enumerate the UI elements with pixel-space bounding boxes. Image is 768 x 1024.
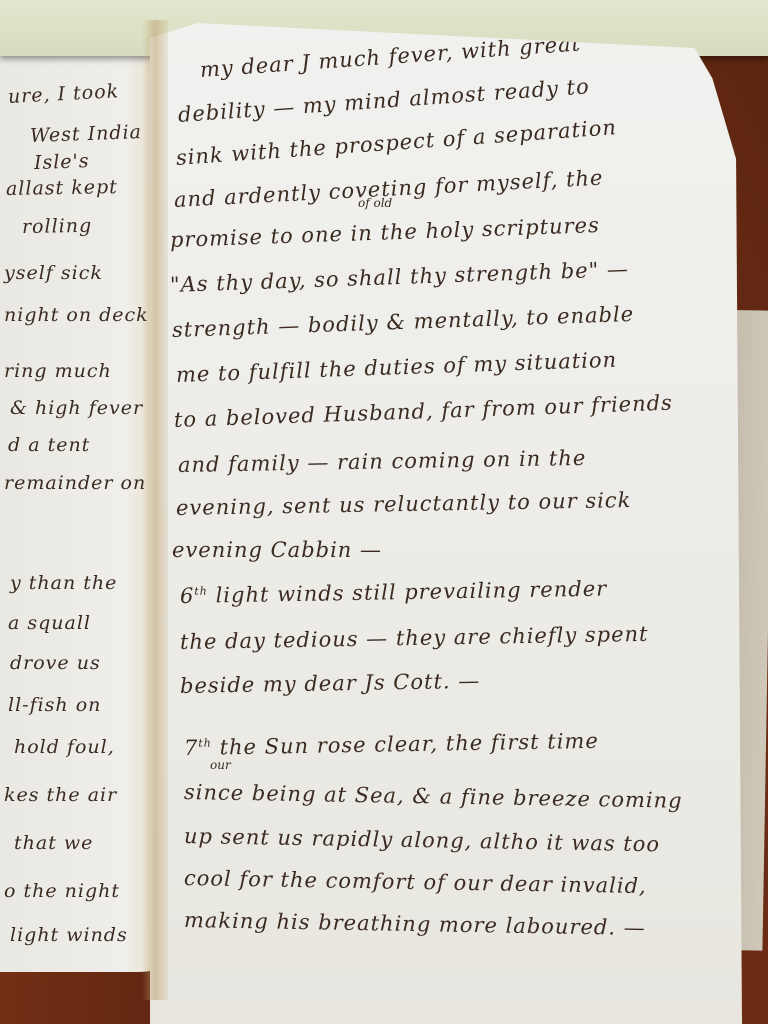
left-line: rolling [22,215,93,238]
left-line: a squall [8,612,91,634]
left-line: drove us [10,652,101,674]
journal-line: and family — rain coming on in the [178,446,587,477]
date-marker: 6 [180,584,195,608]
left-line: d a tent [8,434,90,456]
journal-line: to a beloved Husband, far from our frien… [174,391,674,432]
journal-line: strength — bodily & mentally, to enable [172,302,635,342]
date-marker: 7 [184,736,199,760]
journal-entry-7th: 7th the Sun rose clear, the first time [184,729,599,760]
insertion-of-old: of old [358,196,392,210]
journal-entry-6th: 6th light winds still prevailing render [180,577,608,608]
journal-line: the day tedious — they are chiefly spent [180,622,649,654]
left-line: West India [30,121,143,147]
journal-line: light winds still prevailing render [215,577,607,608]
journal-line: up sent us rapidly along, altho it was t… [184,824,660,856]
journal-line: "As thy day, so shall thy strength be" — [170,257,630,297]
journal-line: me to fulfill the duties of my situation [176,348,618,387]
journal-line: evening Cabbin — [172,538,382,562]
left-line: night on deck [4,304,149,326]
journal-line: cool for the comfort of our dear invalid… [184,866,647,898]
left-line: remainder on [4,472,146,494]
date-suffix: th [198,737,212,750]
left-line: ll-fish on [8,694,101,716]
left-line: that we [14,832,93,854]
journal-line: the Sun rose clear, the first time [219,729,599,760]
left-line: light winds [10,924,128,946]
left-line: hold foul, [14,736,115,758]
left-line: kes the air [4,784,117,806]
journal-line: making his breathing more laboured. — [184,908,646,940]
left-line: y than the [10,572,117,594]
left-line: ring much [4,360,112,382]
left-line: ure, I took [7,80,119,108]
right-page: my dear J much fever, with great debilit… [150,18,742,1024]
journal-line: debility — my mind almost ready to [177,74,590,127]
journal-line: beside my dear Js Cott. — [180,669,481,698]
journal-line: promise to one in the holy scriptures [170,213,601,252]
left-line: o the night [4,880,120,902]
left-line: & high fever [10,397,143,419]
journal-line: sink with the prospect of a separation [175,115,617,170]
insertion-our: our [210,758,231,772]
left-line: Isle's [34,150,90,174]
left-line: allast kept [6,176,118,200]
book-gutter [142,20,168,1000]
date-suffix: th [194,585,208,598]
journal-line: since being at Sea, & a fine breeze comi… [184,780,683,813]
journal-line: evening, sent us reluctantly to our sick [176,488,632,520]
left-line: yself sick [4,262,103,284]
